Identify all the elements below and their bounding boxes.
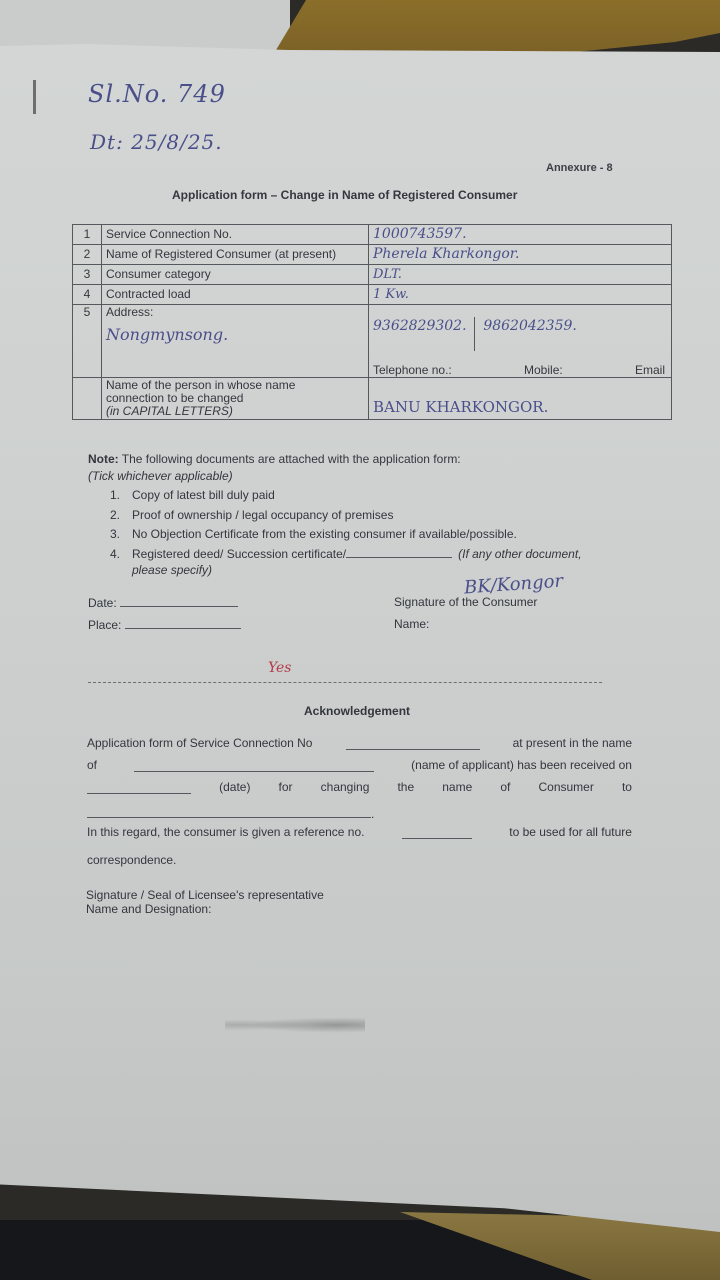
new-name-cell[interactable]: BANU KHARKONGOR. (369, 378, 672, 420)
handwritten-date: Dt: 25/8/25. (90, 130, 223, 154)
specify-text: please specify) (132, 563, 212, 577)
handwritten-mark: Yes (268, 660, 292, 676)
address-cell[interactable]: Address: Nongmynsong. (102, 305, 369, 378)
annexure-label: Annexure - 8 (546, 162, 613, 174)
row-label: Consumer category (102, 265, 369, 285)
address-value: Nongmynsong. (106, 325, 364, 344)
new-name-value: BANU KHARKONGOR. (373, 398, 667, 416)
mobile-label: Mobile: (524, 363, 563, 377)
date-field[interactable] (120, 595, 238, 607)
consumer-name-label: Name: (394, 617, 429, 631)
table-row: 1 Service Connection No. 1000743597. (73, 225, 672, 245)
consumer-category-value[interactable]: DLT. (369, 265, 672, 285)
list-item[interactable]: 4.Registered deed/ Succession certificat… (110, 545, 640, 565)
table-row: Name of the person in whose name connect… (73, 378, 672, 420)
place-line: Place: (88, 617, 241, 632)
table-row: 4 Contracted load 1 Kw. (73, 285, 672, 305)
ack-service-connection-field[interactable] (346, 738, 480, 750)
row-number: 4 (73, 285, 102, 305)
row-number-empty (73, 378, 102, 420)
table-row: 5 Address: Nongmynsong. 9362829302. 9862… (73, 305, 672, 378)
ack-line-4: . (87, 806, 374, 821)
new-name-label: Name of the person in whose name connect… (102, 378, 369, 420)
ack-line-6: correspondence. (87, 853, 176, 867)
row-label: Name of Registered Consumer (at present) (102, 245, 369, 265)
ack-line-2: of (name of applicant) has been received… (87, 758, 632, 772)
table-row: 2 Name of Registered Consumer (at presen… (73, 245, 672, 265)
documents-list: 1.Copy of latest bill duly paid 2.Proof … (110, 486, 640, 564)
contact-cell[interactable]: 9362829302. 9862042359. Telephone no.: M… (369, 305, 672, 378)
row-label: Address: (106, 305, 364, 319)
contact-values: 9362829302. 9862042359. (373, 317, 667, 351)
date-line: Date: (88, 595, 238, 610)
other-document-field[interactable] (346, 546, 452, 558)
ack-line-1: Application form of Service Connection N… (87, 736, 632, 750)
ack-applicant-name-field[interactable] (134, 760, 374, 772)
row-number: 2 (73, 245, 102, 265)
list-item[interactable]: 2.Proof of ownership / legal occupancy o… (110, 506, 640, 526)
contracted-load-value[interactable]: 1 Kw. (369, 285, 672, 305)
tick-instruction: (Tick whichever applicable) (88, 469, 233, 483)
table-row: 3 Consumer category DLT. (73, 265, 672, 285)
row-number: 3 (73, 265, 102, 285)
document-page (0, 44, 720, 1232)
row-label: Contracted load (102, 285, 369, 305)
telephone-label: Telephone no.: (373, 363, 452, 377)
service-connection-value[interactable]: 1000743597. (369, 225, 672, 245)
form-title: Application form – Change in Name of Reg… (172, 188, 517, 202)
registered-consumer-value[interactable]: Pherela Kharkongor. (369, 245, 672, 265)
note-text: Note: The following documents are attach… (88, 452, 461, 466)
acknowledgement-title: Acknowledgement (304, 704, 410, 718)
ink-smudge (225, 1015, 365, 1035)
mobile-value: 9862042359. (483, 318, 577, 334)
section-divider (88, 682, 602, 683)
contact-labels: Telephone no.: Mobile: Email (373, 363, 665, 377)
ack-reference-no-field[interactable] (402, 827, 472, 839)
details-table: 1 Service Connection No. 1000743597. 2 N… (72, 224, 672, 420)
place-field[interactable] (125, 617, 241, 629)
ack-new-consumer-field[interactable] (87, 806, 371, 818)
margin-mark (33, 80, 36, 114)
list-item[interactable]: 3.No Objection Certificate from the exis… (110, 525, 640, 545)
row-number: 5 (73, 305, 102, 378)
ack-date-field[interactable] (87, 782, 191, 794)
list-item[interactable]: 1.Copy of latest bill duly paid (110, 486, 640, 506)
handwritten-serial-no: Sl.No. 749 (88, 80, 226, 108)
ack-line-3: (date) for changing the name of Consumer… (87, 780, 632, 794)
separator (474, 317, 475, 351)
row-label: Service Connection No. (102, 225, 369, 245)
row-number: 1 (73, 225, 102, 245)
ack-line-5: In this regard, the consumer is given a … (87, 825, 632, 839)
telephone-value: 9362829302. (373, 318, 467, 334)
email-label: Email (635, 363, 665, 377)
licensee-signature-block: Signature / Seal of Licensee's represent… (86, 888, 324, 916)
